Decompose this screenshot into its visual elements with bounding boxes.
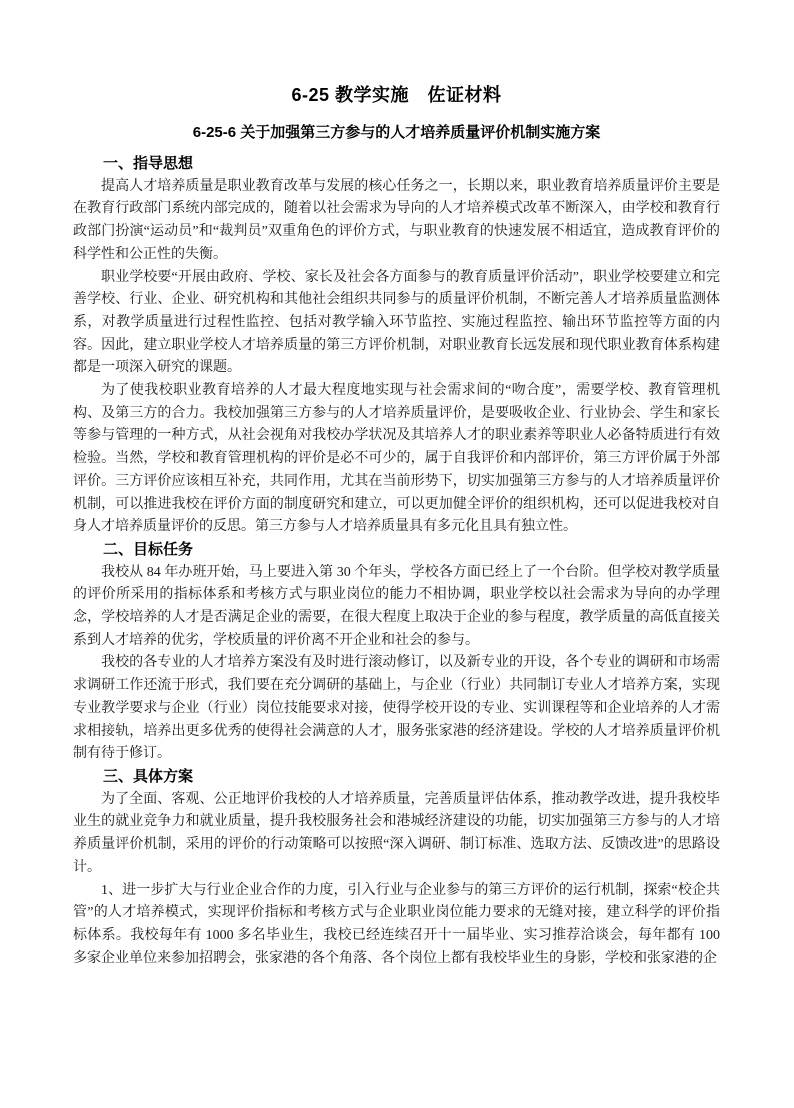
document-body: 一、指导思想 提高人才培养质量是职业教育改革与发展的核心任务之一，长期以来，职业… xyxy=(73,153,720,970)
body-paragraph: 为了全面、客观、公正地评价我校的人才培养质量，完善质量评估体系，推动教学改进，提… xyxy=(73,789,720,880)
body-paragraph: 为了使我校职业教育培养的人才最大程度地实现与社会需求间的“吻合度”，需要学校、教… xyxy=(73,380,720,539)
section-heading-guiding-ideology: 一、指导思想 xyxy=(73,153,720,176)
document-title: 6-25 教学实施 佐证材料 xyxy=(73,84,720,106)
section-heading-target-tasks: 二、目标任务 xyxy=(73,539,720,562)
body-paragraph: 提高人才培养质量是职业教育改革与发展的核心任务之一，长期以来，职业教育培养质量评… xyxy=(73,176,720,267)
body-paragraph: 我校的各专业的人才培养方案没有及时进行滚动修订，以及新专业的开设，各个专业的调研… xyxy=(73,652,720,766)
body-paragraph: 我校从 84 年办班开始，马上要进入第 30 个年头，学校各方面已经上了一个台阶… xyxy=(73,562,720,653)
body-paragraph: 职业学校要“开展由政府、学校、家长及社会各方面参与的教育质量评价活动”，职业学校… xyxy=(73,267,720,381)
section-heading-specific-plan: 三、具体方案 xyxy=(73,766,720,789)
document-subtitle: 6-25-6 关于加强第三方参与的人才培养质量评价机制实施方案 xyxy=(73,123,720,143)
body-paragraph: 1、进一步扩大与行业企业合作的力度，引入行业与企业参与的第三方评价的运行机制，探… xyxy=(73,880,720,971)
document-page: 6-25 教学实施 佐证材料 6-25-6 关于加强第三方参与的人才培养质量评价… xyxy=(0,0,794,1108)
